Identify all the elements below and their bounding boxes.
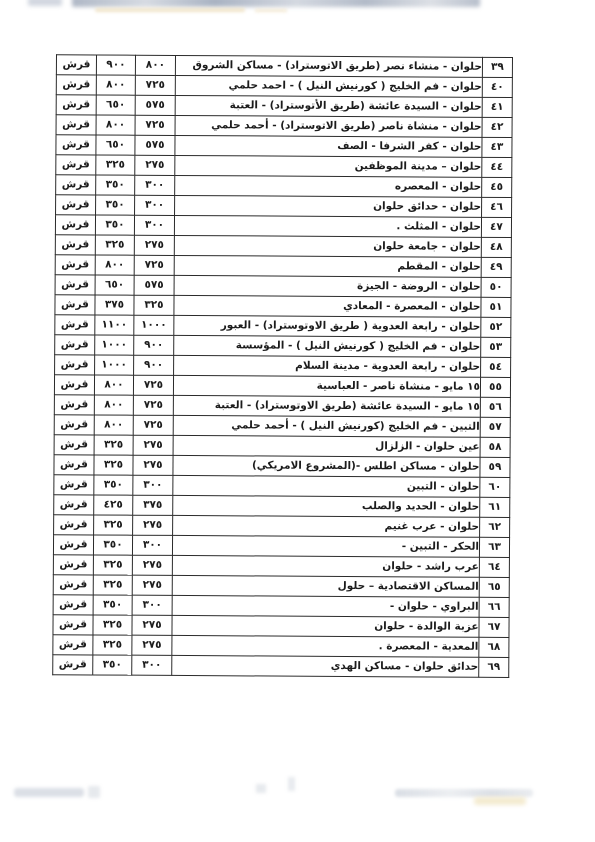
fare-table-row: ٥٢ حلوان - رابعة العدوية ( طريق الاوتوست… [55,315,511,338]
route-cell: ١٥ مايو - منشاة ناصر - العباسية [173,375,480,397]
row-number-cell: ٦٠ [480,477,510,497]
fare-low-cell: ٣٢٥ [134,295,174,315]
unit-cell: قرش [56,135,96,155]
fare-table-row: ٤٩ حلوان - المقطم ٧٢٥ ٨٠٠ قرش [55,255,511,278]
scan-bleedthrough-top-fragment [28,0,62,6]
fare-table-row: ٤٨ حلوان - جامعة حلوان ٢٧٥ ٣٢٥ قرش [55,235,511,258]
fare-table-row: ٦٢ حلوان - عرب غنيم ٢٧٥ ٣٢٥ قرش [54,515,510,538]
fare-table-row: ٦١ حلوان - الحديد والصلب ٣٧٥ ٤٢٥ قرش [54,495,510,518]
fare-low-cell: ٧٢٥ [133,395,173,415]
route-cell: عين حلوان - الزلزال [173,435,480,457]
row-number-cell: ٥٧ [480,417,510,437]
route-cell: البراوي - حلوان - [172,595,479,617]
fare-high-cell: ٣٢٥ [95,235,134,255]
fare-table-row: ٤٧ حلوان - المثلث . ٣٠٠ ٣٥٠ قرش [55,215,511,238]
fare-table-row: ٦٧ عزبة الوالدة - حلوان ٢٧٥ ٣٢٥ قرش [53,615,509,638]
unit-cell: قرش [56,175,96,195]
unit-cell: قرش [55,355,95,375]
fare-low-cell: ٥٧٥ [134,275,174,295]
unit-cell: قرش [56,75,96,95]
fare-high-cell: ٤٢٥ [94,495,133,515]
unit-cell: قرش [56,95,96,115]
unit-cell: قرش [55,215,95,235]
fare-high-cell: ٣٢٥ [93,635,132,655]
fare-low-cell: ٩٠٠ [134,335,174,355]
row-number-cell: ٦٩ [479,657,509,677]
fare-table-container: ٣٩ حلوان - منشاء نصر (طريق الاتوستراد) -… [52,54,512,678]
unit-cell: قرش [55,275,95,295]
fare-low-cell: ٢٧٥ [132,575,172,595]
fare-low-cell: ٣٠٠ [134,215,174,235]
row-number-cell: ٦١ [480,497,510,517]
fare-high-cell: ٣٥٠ [95,215,134,235]
fare-low-cell: ٩٠٠ [134,355,174,375]
row-number-cell: ٥٩ [480,457,510,477]
row-number-cell: ٤٤ [482,157,512,177]
fare-table-row: ٥٠ حلوان - الروضة - الجيزة ٥٧٥ ٦٥٠ قرش [55,275,511,298]
scan-bleedthrough-top-highlight [95,8,245,12]
route-cell: الحكر - التبين - [172,535,479,557]
fare-table-row: ٤٣ حلوان - كفر الشرفا - الصف ٥٧٥ ٦٥٠ قرش [56,135,512,158]
row-number-cell: ٥٢ [481,317,511,337]
fare-table-row: ٤٦ حلوان - حدائق حلوان ٣٠٠ ٣٥٠ قرش [56,195,512,218]
fare-high-cell: ٣٢٥ [93,575,132,595]
fare-table-row: ٤٥ حلوان - المعصره ٣٠٠ ٣٥٠ قرش [56,175,512,198]
fare-high-cell: ٣٧٥ [95,295,134,315]
unit-cell: قرش [53,615,93,635]
fare-high-cell: ٦٥٠ [96,95,135,115]
route-cell: حلوان - منشاء نصر (طريق الاتوستراد) - مس… [175,55,482,77]
fare-high-cell: ٣٥٠ [93,655,132,675]
fare-low-cell: ٧٢٥ [134,255,174,275]
fare-high-cell: ٩٠٠ [96,55,135,75]
fare-low-cell: ٢٧٥ [134,235,174,255]
unit-cell: قرش [55,315,95,335]
fare-low-cell: ٣٠٠ [133,475,173,495]
fare-low-cell: ٢٧٥ [133,515,173,535]
row-number-cell: ٦٥ [479,577,509,597]
fare-high-cell: ٣٥٠ [96,195,135,215]
fare-table: ٣٩ حلوان - منشاء نصر (طريق الاتوستراد) -… [52,54,513,678]
fare-table-row: ٥٩ حلوان - مساكن اطلس -(المشروع الامريكي… [54,455,510,478]
route-cell: عزبة الوالدة - حلوان [172,615,479,637]
route-cell: حلوان - الحديد والصلب [173,495,480,517]
unit-cell: قرش [53,575,93,595]
scan-bleedthrough-top-highlight-small [255,9,287,12]
row-number-cell: ٦٣ [479,537,509,557]
fare-low-cell: ٥٧٥ [135,135,175,155]
route-cell: عرب راشد - حلوان [172,555,479,577]
fare-high-cell: ١٠٠٠ [95,335,134,355]
fare-table-row: ٥٧ التبين - فم الخليج (كورنيش النيل ) - … [54,415,510,438]
fare-table-body: ٣٩ حلوان - منشاء نصر (طريق الاتوستراد) -… [53,55,513,678]
fare-high-cell: ٦٥٠ [96,135,135,155]
unit-cell: قرش [56,155,96,175]
row-number-cell: ٦٧ [479,617,509,637]
fare-table-row: ٥٨ عين حلوان - الزلزال ٢٧٥ ٣٢٥ قرش [54,435,510,458]
fare-low-cell: ٧٢٥ [133,415,173,435]
row-number-cell: ٤٨ [481,237,511,257]
unit-cell: قرش [56,195,96,215]
route-cell: حلوان - منشاة ناصر (طريق الاتوستراد) - أ… [175,115,482,137]
fare-high-cell: ٨٠٠ [96,75,135,95]
scan-smudge-bottom-left-small [88,786,100,798]
scan-smudge-bottom-left [14,788,84,797]
fare-high-cell: ٨٠٠ [94,415,133,435]
route-cell: حلوان - الروضة - الجيزة [174,275,481,297]
fare-table-row: ٦٥ المساكن الاقتصادية – حلول ٢٧٥ ٣٢٥ قرش [53,575,509,598]
unit-cell: قرش [56,55,96,75]
row-number-cell: ٥٦ [480,397,510,417]
route-cell: حلوان - جامعة حلوان [174,235,481,257]
fare-low-cell: ٣٧٥ [133,495,173,515]
fare-table-row: ٤٠ حلوان - فم الخليج ( كورنيش النيل ) - … [56,75,512,98]
fare-table-row: ٥١ حلوان - المعصرة - المعادي ٣٢٥ ٣٧٥ قرش [55,295,511,318]
row-number-cell: ٥٤ [481,357,511,377]
fare-high-cell: ٨٠٠ [95,255,134,275]
row-number-cell: ٤١ [482,97,512,117]
route-cell: حلوان - رابعة العدوية ( طريق الاوتوستراد… [174,315,481,337]
unit-cell: قرش [54,415,94,435]
route-cell: حلوان - المعصره [175,175,482,197]
fare-high-cell: ٣٢٥ [94,435,133,455]
fare-high-cell: ٦٥٠ [95,275,134,295]
scan-smudge-bottom-right-highlight [474,797,526,805]
unit-cell: قرش [54,435,94,455]
route-cell: حلوان - المعصرة - المعادي [174,295,481,317]
unit-cell: قرش [54,515,94,535]
fare-low-cell: ٧٢٥ [135,75,175,95]
fare-table-row: ٦٠ حلوان - التبين ٣٠٠ ٣٥٠ قرش [54,475,510,498]
row-number-cell: ٤٣ [482,137,512,157]
route-cell: حلوان - التبين [173,475,480,497]
row-number-cell: ٤٥ [482,177,512,197]
fare-low-cell: ٨٠٠ [135,55,175,75]
fare-high-cell: ٨٠٠ [94,395,133,415]
unit-cell: قرش [53,635,93,655]
fare-high-cell: ٣٢٥ [93,555,132,575]
route-cell: حلوان - السيدة عائشة (طريق الأتوستراد) -… [175,95,482,117]
route-cell: حلوان - رابعة العدوية - مدينة السلام [174,355,481,377]
unit-cell: قرش [54,395,94,415]
fare-high-cell: ١١٠٠ [95,315,134,335]
row-number-cell: ٥٣ [481,337,511,357]
fare-low-cell: ٣٠٠ [132,535,172,555]
fare-low-cell: ٧٢٥ [133,375,173,395]
route-cell: حلوان - مساكن اطلس -(المشروع الامريكي) [173,455,480,477]
fare-low-cell: ٣٠٠ [132,595,172,615]
fare-table-row: ٤٤ حلوان – مدينة الموظفين ٢٧٥ ٣٢٥ قرش [56,155,512,178]
fare-low-cell: ٢٧٥ [132,555,172,575]
row-number-cell: ٥٥ [480,377,510,397]
row-number-cell: ٤٦ [482,197,512,217]
fare-high-cell: ٣٢٥ [94,455,133,475]
fare-high-cell: ٣٥٠ [96,175,135,195]
fare-table-row: ٦٩ حدائق حلوان - مساكن الهدي ٣٠٠ ٣٥٠ قرش [53,655,509,678]
route-cell: حدائق حلوان - مساكن الهدي [172,655,479,677]
fare-table-row: ٥٦ ١٥ مايو - السيدة عائشة (طريق الاوتوست… [54,395,510,418]
route-cell: حلوان - عرب غنيم [173,515,480,537]
unit-cell: قرش [54,475,94,495]
fare-table-row: ٤٢ حلوان - منشاة ناصر (طريق الاتوستراد) … [56,115,512,138]
fare-low-cell: ٧٢٥ [135,115,175,135]
unit-cell: قرش [55,235,95,255]
row-number-cell: ٤٩ [481,257,511,277]
route-cell: حلوان - حدائق حلوان [175,195,482,217]
unit-cell: قرش [53,595,93,615]
route-cell: المعدية - المعصرة . [172,635,479,657]
fare-table-row: ٥٥ ١٥ مايو - منشاة ناصر - العباسية ٧٢٥ ٨… [54,375,510,398]
unit-cell: قرش [55,295,95,315]
row-number-cell: ٦٤ [479,557,509,577]
row-number-cell: ٤٠ [482,77,512,97]
fare-table-row: ٥٣ حلوان - فم الخليج ( كورنيش النيل ) - … [55,335,511,358]
row-number-cell: ٥٠ [481,277,511,297]
route-cell: حلوان - المثلث . [174,215,481,237]
unit-cell: قرش [54,495,94,515]
fare-low-cell: ٢٧٥ [133,455,173,475]
scan-bleedthrough-top-strip [72,0,480,7]
fare-table-row: ٦٤ عرب راشد - حلوان ٢٧٥ ٣٢٥ قرش [53,555,509,578]
row-number-cell: ٣٩ [482,57,512,77]
fare-high-cell: ٣٥٠ [93,535,132,555]
fare-low-cell: ٢٧٥ [133,435,173,455]
unit-cell: قرش [54,375,94,395]
row-number-cell: ٤٢ [482,117,512,137]
route-cell: حلوان - المقطم [174,255,481,277]
fare-low-cell: ١٠٠٠ [134,315,174,335]
fare-table-row: ٣٩ حلوان - منشاء نصر (طريق الاتوستراد) -… [56,55,512,78]
row-number-cell: ٦٨ [479,637,509,657]
unit-cell: قرش [53,655,93,675]
scan-smudge-bottom-middle [256,784,266,793]
fare-low-cell: ٢٧٥ [132,635,172,655]
unit-cell: قرش [53,555,93,575]
scanned-document-page: ٣٩ حلوان - منشاء نصر (طريق الاتوستراد) -… [0,0,595,842]
route-cell: حلوان - فم الخليج ( كورنيش النيل ) - الم… [174,335,481,357]
unit-cell: قرش [54,455,94,475]
fare-low-cell: ٥٧٥ [135,95,175,115]
fare-high-cell: ٣٥٠ [94,475,133,495]
fare-table-row: ٤١ حلوان - السيدة عائشة (طريق الأتوستراد… [56,95,512,118]
fare-high-cell: ٣٢٥ [93,615,132,635]
fare-high-cell: ٣٢٥ [96,155,135,175]
fare-low-cell: ٢٧٥ [132,615,172,635]
route-cell: ١٥ مايو - السيدة عائشة (طريق الاوتوستراد… [173,395,480,417]
row-number-cell: ٦٦ [479,597,509,617]
fare-high-cell: ٨٠٠ [94,375,133,395]
row-number-cell: ٥١ [481,297,511,317]
route-cell: حلوان - كفر الشرفا - الصف [175,135,482,157]
fare-table-row: ٦٣ الحكر - التبين - ٣٠٠ ٣٥٠ قرش [53,535,509,558]
fare-low-cell: ٣٠٠ [132,655,172,675]
route-cell: المساكن الاقتصادية – حلول [172,575,479,597]
row-number-cell: ٤٧ [481,217,511,237]
route-cell: حلوان – مدينة الموظفين [175,155,482,177]
scan-smudge-bottom-middle-small [288,777,295,791]
fare-low-cell: ٣٠٠ [135,195,175,215]
unit-cell: قرش [55,255,95,275]
fare-high-cell: ٣٥٠ [93,595,132,615]
scan-smudge-bottom-right [395,789,533,797]
fare-table-row: ٦٨ المعدية - المعصرة . ٢٧٥ ٣٢٥ قرش [53,635,509,658]
route-cell: التبين - فم الخليج (كورنيش النيل ) - أحم… [173,415,480,437]
unit-cell: قرش [53,535,93,555]
unit-cell: قرش [55,335,95,355]
fare-low-cell: ٣٠٠ [135,175,175,195]
fare-table-row: ٥٤ حلوان - رابعة العدوية - مدينة السلام … [55,355,511,378]
fare-low-cell: ٢٧٥ [135,155,175,175]
row-number-cell: ٥٨ [480,437,510,457]
fare-high-cell: ١٠٠٠ [95,355,134,375]
row-number-cell: ٦٢ [480,517,510,537]
route-cell: حلوان - فم الخليج ( كورنيش النيل ) - احم… [175,75,482,97]
fare-high-cell: ٣٢٥ [94,515,133,535]
fare-high-cell: ٨٠٠ [96,115,135,135]
unit-cell: قرش [56,115,96,135]
fare-table-row: ٦٦ البراوي - حلوان - ٣٠٠ ٣٥٠ قرش [53,595,509,618]
